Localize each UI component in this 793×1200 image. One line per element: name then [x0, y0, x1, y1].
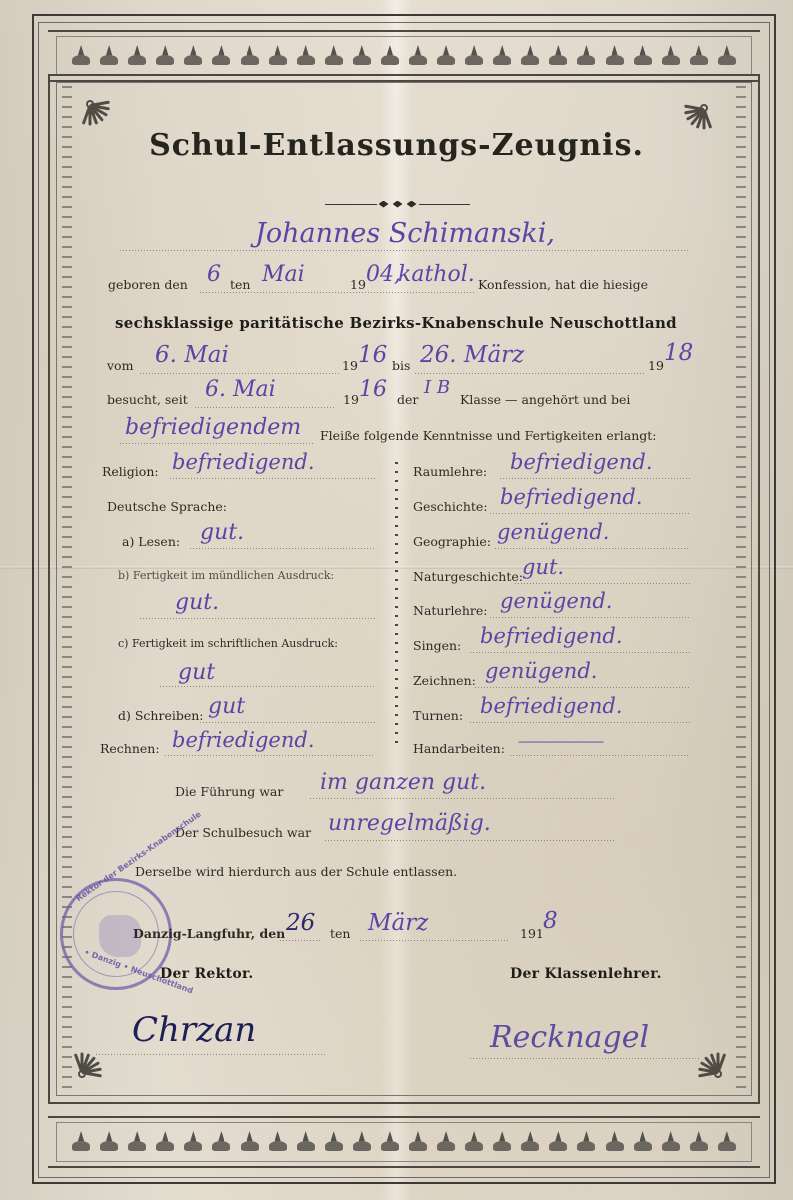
diligence-line: [120, 443, 315, 444]
grade-label-raumlehre: Raumlehre:: [413, 464, 487, 479]
grade-value-religion: befriedigend.: [172, 450, 315, 474]
issue-month-line: [360, 940, 510, 941]
birth-ten-label: ten: [230, 277, 250, 292]
grade-value-raumlehre: befriedigend.: [510, 450, 653, 474]
document-title: Schul-Entlassungs-Zeugnis.: [0, 128, 793, 163]
grade-label-lesen: a) Lesen:: [122, 534, 180, 549]
grade-line: [510, 755, 690, 756]
rector-signature: Chrzan: [132, 1010, 256, 1050]
fleur-de-lis-icon: [72, 1131, 90, 1153]
grade-line: [170, 478, 375, 479]
student-name: Johannes Schimanski,: [255, 218, 555, 249]
conduct-value: im ganzen gut.: [320, 770, 486, 795]
grade-line: [200, 722, 375, 723]
fleur-de-lis-icon: [100, 45, 118, 67]
fleur-de-lis-icon: [493, 1131, 511, 1153]
fleur-de-lis-icon: [606, 1131, 624, 1153]
grade-value-zeichnen: genügend.: [485, 659, 597, 683]
grade-label-zeichnen: Zeichnen:: [413, 673, 476, 688]
birth-year-suffix: 04,: [366, 262, 401, 287]
place-label: Danzig-Langfuhr, den: [133, 926, 285, 941]
to-year-prefix: 19: [648, 358, 664, 373]
issue-year-suffix: 8: [543, 908, 558, 934]
grade-label-religion: Religion:: [102, 464, 159, 479]
rector-signature-line: [96, 1054, 326, 1055]
birth-label: geboren den: [108, 277, 188, 292]
fleur-de-lis-icon: [465, 45, 483, 67]
teacher-signature: Recknagel: [490, 1020, 649, 1055]
fleur-de-lis-icon: [577, 1131, 595, 1153]
title-ornament-icon: [325, 200, 470, 208]
since-year-suffix: 16: [359, 377, 387, 402]
fleur-de-lis-icon: [72, 45, 90, 67]
column-divider: [395, 462, 398, 748]
fleur-row-top: [56, 36, 752, 76]
fleur-de-lis-icon: [325, 45, 343, 67]
birth-day: 6: [207, 262, 221, 287]
since-year-prefix: 19: [343, 392, 359, 407]
grade-label-muendlich: b) Fertigkeit im mündlichen Ausdruck:: [118, 569, 334, 582]
conduct-label: Die Führung war: [175, 784, 283, 799]
issue-month: März: [368, 910, 428, 936]
grade-label-handarbeiten: Handarbeiten:: [413, 741, 505, 756]
fleur-de-lis-icon: [634, 1131, 652, 1153]
attendance-quality-line: [325, 840, 615, 841]
issue-day-line: [280, 940, 320, 941]
grade-label-naturgeschichte: Naturgeschichte:: [413, 569, 523, 584]
grade-label-rechnen: Rechnen:: [100, 741, 160, 756]
name-line: [120, 250, 688, 251]
to-line: [415, 373, 645, 374]
grade-label-geschichte: Geschichte:: [413, 499, 488, 514]
fleur-de-lis-icon: [156, 1131, 174, 1153]
from-label: vom: [107, 358, 133, 373]
attendance-quality-label: Der Schulbesuch war: [175, 825, 311, 840]
grade-value-naturgeschichte: gut.: [522, 555, 564, 579]
fleur-de-lis-icon: [100, 1131, 118, 1153]
fleur-row-bottom: [56, 1122, 752, 1162]
fleur-de-lis-icon: [521, 1131, 539, 1153]
fleur-de-lis-icon: [353, 45, 371, 67]
grade-line: [515, 583, 690, 584]
fleur-de-lis-icon: [325, 1131, 343, 1153]
fleur-de-lis-icon: [269, 45, 287, 67]
teacher-signature-line: [470, 1058, 700, 1059]
class-value: I B: [424, 377, 450, 398]
grade-value-schriftlich: gut: [178, 660, 215, 685]
grade-line: [500, 478, 690, 479]
diligence-value: befriedigendem: [125, 415, 301, 440]
grade-value-handarbeiten: ———————: [518, 734, 602, 750]
fleur-de-lis-icon: [549, 45, 567, 67]
from-date: 6. Mai: [155, 342, 229, 368]
grade-value-geschichte: befriedigend.: [500, 485, 643, 509]
grade-label-schreiben: d) Schreiben:: [118, 708, 204, 723]
fleur-de-lis-icon: [577, 45, 595, 67]
attendance-quality-value: unregelmäßig.: [328, 811, 491, 836]
class-label: Klasse — angehört und bei: [460, 392, 630, 407]
fleur-de-lis-icon: [409, 1131, 427, 1153]
fleur-de-lis-icon: [549, 1131, 567, 1153]
dismissal-text: Derselbe wird hierdurch aus der Schule e…: [135, 864, 457, 879]
fleur-de-lis-icon: [297, 45, 315, 67]
teacher-label: Der Klassenlehrer.: [510, 966, 662, 982]
from-year-suffix: 16: [358, 342, 387, 368]
fleur-de-lis-icon: [381, 1131, 399, 1153]
from-line: [140, 373, 340, 374]
diligence-label: Fleiße folgende Kenntnisse und Fertigkei…: [320, 428, 657, 443]
fleur-de-lis-icon: [184, 1131, 202, 1153]
birth-year-prefix: 19: [350, 277, 366, 292]
fleur-de-lis-icon: [662, 1131, 680, 1153]
corner-flower-icon: [694, 1050, 738, 1094]
fleur-de-lis-icon: [297, 1131, 315, 1153]
fleur-de-lis-icon: [184, 45, 202, 67]
to-label: bis: [392, 358, 410, 373]
grade-line: [470, 722, 690, 723]
bottom-ornament-band: [48, 1116, 760, 1168]
birth-month: Mai: [262, 262, 305, 287]
grade-value-geographie: genügend.: [497, 520, 609, 544]
grade-label-geographie: Geographie:: [413, 534, 491, 549]
fleur-de-lis-icon: [156, 45, 174, 67]
issue-day: 26: [286, 910, 315, 936]
fleur-de-lis-icon: [493, 45, 511, 67]
grade-value-singen: befriedigend.: [480, 624, 623, 648]
fleur-de-lis-icon: [353, 1131, 371, 1153]
grade-value-turnen: befriedigend.: [480, 694, 623, 718]
right-rail-ornament: [736, 86, 746, 1092]
grade-label-schriftlich: c) Fertigkeit im schriftlichen Ausdruck:: [118, 637, 338, 650]
since-date: 6. Mai: [205, 377, 276, 402]
fleur-de-lis-icon: [606, 45, 624, 67]
grade-value-naturlehre: genügend.: [500, 589, 612, 613]
fleur-de-lis-icon: [409, 45, 427, 67]
grade-label-deutsche-sprache: Deutsche Sprache:: [107, 499, 227, 514]
grade-line: [490, 617, 690, 618]
fleur-de-lis-icon: [269, 1131, 287, 1153]
grade-line: [165, 755, 375, 756]
fleur-de-lis-icon: [465, 1131, 483, 1153]
fleur-de-lis-icon: [381, 45, 399, 67]
fleur-de-lis-icon: [241, 1131, 259, 1153]
issue-ten-label: ten: [330, 926, 350, 941]
fleur-de-lis-icon: [128, 45, 146, 67]
grade-label-turnen: Turnen:: [413, 708, 463, 723]
fleur-de-lis-icon: [212, 1131, 230, 1153]
fleur-de-lis-icon: [690, 45, 708, 67]
grade-line: [160, 686, 375, 687]
grade-line: [475, 687, 690, 688]
from-year-prefix: 19: [342, 358, 358, 373]
fleur-de-lis-icon: [718, 1131, 736, 1153]
fleur-de-lis-icon: [634, 45, 652, 67]
fleur-de-lis-icon: [437, 45, 455, 67]
confession-label: Konfession, hat die hiesige: [478, 277, 648, 292]
issue-year-prefix: 191: [520, 926, 544, 941]
grade-value-lesen: gut.: [200, 520, 244, 545]
fleur-de-lis-icon: [241, 45, 259, 67]
grade-label-naturlehre: Naturlehre:: [413, 603, 487, 618]
grade-line: [495, 548, 690, 549]
fleur-de-lis-icon: [718, 45, 736, 67]
birth-line: [200, 292, 475, 293]
grade-line: [490, 513, 690, 514]
fleur-de-lis-icon: [212, 45, 230, 67]
conduct-line: [310, 798, 615, 799]
rector-label: Der Rektor.: [160, 966, 254, 982]
school-name: sechsklassige paritätische Bezirks-Knabe…: [115, 314, 677, 332]
corner-flower-icon: [680, 88, 724, 132]
grade-line: [140, 618, 375, 619]
confession-value: kathol.: [398, 262, 475, 287]
corner-flower-icon: [62, 1050, 106, 1094]
grade-label-singen: Singen:: [413, 638, 461, 653]
fleur-de-lis-icon: [128, 1131, 146, 1153]
fleur-de-lis-icon: [690, 1131, 708, 1153]
grade-line: [190, 548, 375, 549]
corner-flower-icon: [70, 84, 114, 128]
grade-value-muendlich: gut.: [175, 590, 219, 615]
grade-value-rechnen: befriedigend.: [172, 728, 315, 752]
fleur-de-lis-icon: [437, 1131, 455, 1153]
since-label: besucht, seit: [107, 392, 188, 407]
to-date: 26. März: [420, 342, 524, 368]
to-year-suffix: 18: [664, 340, 693, 366]
der-label: der: [397, 392, 418, 407]
grade-value-schreiben: gut: [208, 694, 245, 719]
grade-line: [470, 652, 690, 653]
fleur-de-lis-icon: [521, 45, 539, 67]
since-line: [195, 407, 335, 408]
fleur-de-lis-icon: [662, 45, 680, 67]
